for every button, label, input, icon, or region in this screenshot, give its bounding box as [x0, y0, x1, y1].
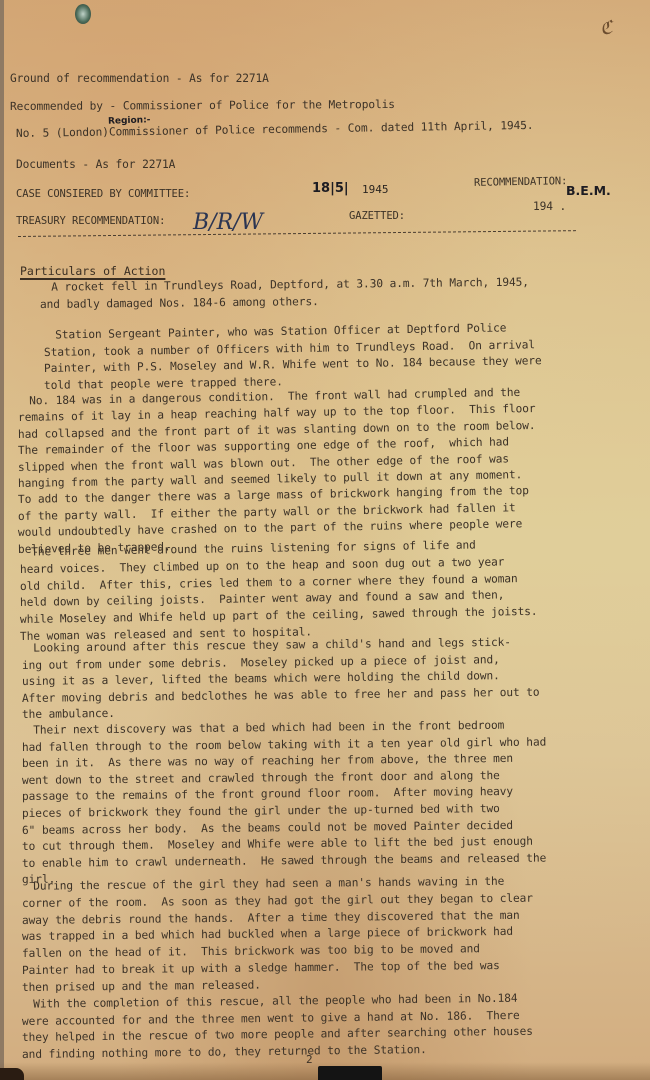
paragraph-line: and finding nothing more to do, they ret… [22, 1043, 427, 1061]
paragraph-line: With the completion of this rescue, all … [0, 992, 518, 1011]
paragraph-line: the ambulance. [22, 707, 115, 721]
treasury-recommendation-initials: B/R/W [193, 210, 263, 235]
paragraph-line: During the rescue of the girl they had s… [0, 875, 504, 893]
paragraph-line: 6" beams across her body. As the beams c… [22, 818, 513, 836]
recommended-by: Recommended by - Commissioner of Police … [10, 98, 395, 113]
paragraph-line: Their next discovery was that a bed whic… [0, 719, 504, 737]
paragraph-line: Painter had to break it up with a sledge… [22, 959, 500, 977]
paragraph-line: been in it. As there was no way of reach… [22, 752, 513, 770]
paragraph-line: to cut through them. Moseley and Whife w… [22, 835, 533, 853]
paragraph-line: told that people were trapped there. [44, 375, 283, 392]
ground-of-recommendation: Ground of recommendation - As for 2271A [10, 72, 269, 85]
case-considered-date: 18|5| [312, 181, 349, 196]
recommendation-value: B.E.M. [566, 183, 611, 198]
paragraph-line: to enable him to crawl underneath. He sa… [22, 851, 546, 869]
paragraph-line: passage to the remains of the front grou… [22, 785, 513, 803]
gazetted-year: 194 . [533, 200, 566, 213]
case-considered-year: 1945 [362, 183, 389, 196]
burned-corner [0, 1068, 24, 1080]
redaction-mark [318, 1066, 382, 1080]
separator-line [18, 230, 576, 237]
paragraph-line: ing out from under some debris. Moseley … [22, 653, 500, 672]
paragraph-line: was trapped in a bed which had buckled w… [22, 925, 513, 943]
paragraph-line: they helped in the rescue of two more pe… [22, 1025, 533, 1044]
paragraph-line: pieces of brickwork they found the girl … [22, 802, 500, 820]
paragraph-line: then prised up and the man released. [22, 978, 261, 994]
document-page: ℭ Ground of recommendation - As for 2271… [0, 0, 650, 1080]
case-considered-label: CASE CONSIERED BY COMMITTEE: [16, 188, 190, 200]
gazetted-label: GAZETTED: [349, 210, 405, 222]
paragraph-line: A rocket fell in Trundleys Road, Deptfor… [18, 276, 529, 294]
documents-line: Documents - As for 2271A [16, 158, 175, 171]
no5-region-line: No. 5 (London)Commissioner of Police rec… [16, 119, 534, 140]
recommendation-label: RECOMMENDATION: [474, 175, 568, 189]
paragraph-line: away the debris round the hands. After a… [22, 908, 520, 926]
paragraph-line: had fallen through to the room below tak… [22, 735, 546, 753]
paragraph-line: using it as a lever, lifted the beams wh… [22, 669, 500, 688]
page-edge [0, 0, 4, 1080]
section-heading: Particulars of Action [20, 264, 165, 278]
treasury-recommendation-label: TREASURY RECOMMENDATION: [16, 215, 165, 227]
paragraph-line: and badly damaged Nos. 184-6 among other… [40, 295, 319, 311]
punch-hole [75, 4, 91, 24]
paragraph-line: fallen on the head of it. This brickwork… [22, 942, 480, 960]
paragraph-line: corner of the room. As soon as they had … [22, 891, 533, 909]
corner-handwritten-mark: ℭ [598, 17, 614, 40]
paragraph-line: After moving debris and bedclothes he wa… [22, 685, 540, 704]
paragraph-line: while Moseley and Whife held up part of … [20, 605, 538, 626]
paragraph-line: were accounted for and the three men wen… [22, 1008, 520, 1027]
paragraph-line: went down to the street and crawled thro… [22, 769, 500, 787]
